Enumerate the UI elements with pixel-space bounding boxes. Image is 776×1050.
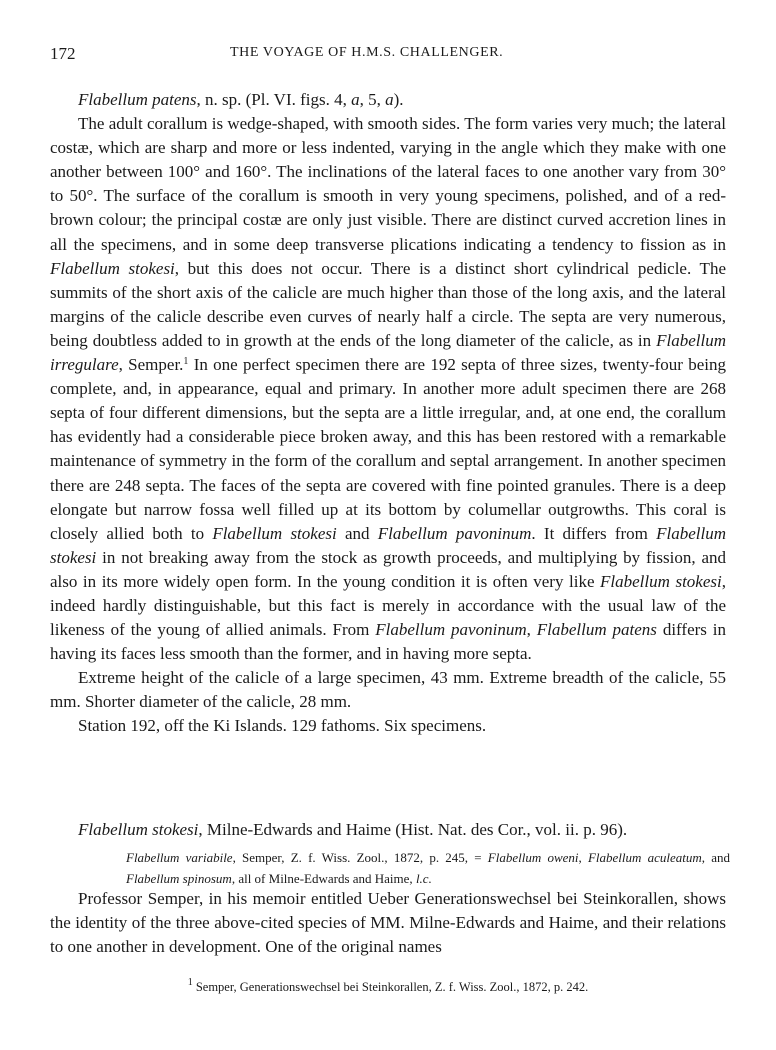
fig-letter: a xyxy=(351,90,360,109)
species-heading-stokesi: Flabellum stokesi, Milne-Edwards and Hai… xyxy=(50,818,726,842)
abbreviation: l.c. xyxy=(416,871,432,886)
measurements-paragraph: Extreme height of the calicle of a large… xyxy=(50,666,726,714)
text-run: , and xyxy=(702,850,730,865)
taxon-name: Flabellum spinosum xyxy=(126,871,232,886)
page-number: 172 xyxy=(50,44,76,64)
species-name: Flabellum stokesi xyxy=(78,820,198,839)
synonymy-block: Flabellum variabile, Semper, Z. f. Wiss.… xyxy=(126,847,730,889)
discussion-paragraph: Professor Semper, in his memoir entitled… xyxy=(50,887,726,959)
text-run: In one perfect specimen there are 192 se… xyxy=(50,355,726,543)
taxon-name: Flabellum oweni xyxy=(488,850,579,865)
heading-citation: ). xyxy=(394,90,404,109)
taxon-name: Flabellum aculeatum xyxy=(588,850,702,865)
heading-citation: , 5, xyxy=(360,90,386,109)
text-run: , Semper. xyxy=(119,355,184,374)
taxon-name: Flabellum pavoninum xyxy=(375,620,526,639)
footnote-text: Semper, Generationswechsel bei Steinkora… xyxy=(193,980,589,994)
species-patens-section: Flabellum patens, n. sp. (Pl. VI. figs. … xyxy=(50,88,726,739)
taxon-name: Flabellum pavoninum xyxy=(378,524,532,543)
text-run: and xyxy=(337,524,378,543)
fig-letter: a xyxy=(385,90,394,109)
species-heading-stokesi-block: Flabellum stokesi, Milne-Edwards and Hai… xyxy=(50,818,726,842)
taxon-name: Flabellum stokesi xyxy=(212,524,336,543)
taxon-name: Flabellum stokesi xyxy=(50,259,175,278)
station-paragraph: Station 192, off the Ki Islands. 129 fat… xyxy=(50,714,726,738)
species-heading-patens: Flabellum patens, n. sp. (Pl. VI. figs. … xyxy=(50,88,726,112)
taxon-name: Flabellum patens xyxy=(537,620,657,639)
heading-citation: , n. sp. (Pl. VI. figs. 4, xyxy=(197,90,352,109)
species-name: Flabellum patens xyxy=(78,90,197,109)
text-run: , xyxy=(527,620,537,639)
text-run: . It differs from xyxy=(531,524,656,543)
text-run: The adult corallum is wedge-shaped, with… xyxy=(50,114,726,253)
taxon-name: Flabellum variabile xyxy=(126,850,233,865)
semper-discussion-block: Professor Semper, in his memoir entitled… xyxy=(50,887,726,959)
footnote: 1 Semper, Generationswechsel bei Steinko… xyxy=(50,980,726,995)
text-run: , Semper, Z. f. Wiss. Zool., 1872, p. 24… xyxy=(233,850,488,865)
running-title: THE VOYAGE OF H.M.S. CHALLENGER. xyxy=(230,45,503,61)
taxon-name: Flabellum stokesi xyxy=(600,572,722,591)
description-paragraph: The adult corallum is wedge-shaped, with… xyxy=(50,112,726,666)
heading-citation: , Milne-Edwards and Haime (Hist. Nat. de… xyxy=(198,820,627,839)
text-run: , xyxy=(579,850,588,865)
text-run: , all of Milne-Edwards and Haime, xyxy=(232,871,416,886)
running-head: 172 THE VOYAGE OF H.M.S. CHALLENGER. xyxy=(50,44,726,66)
